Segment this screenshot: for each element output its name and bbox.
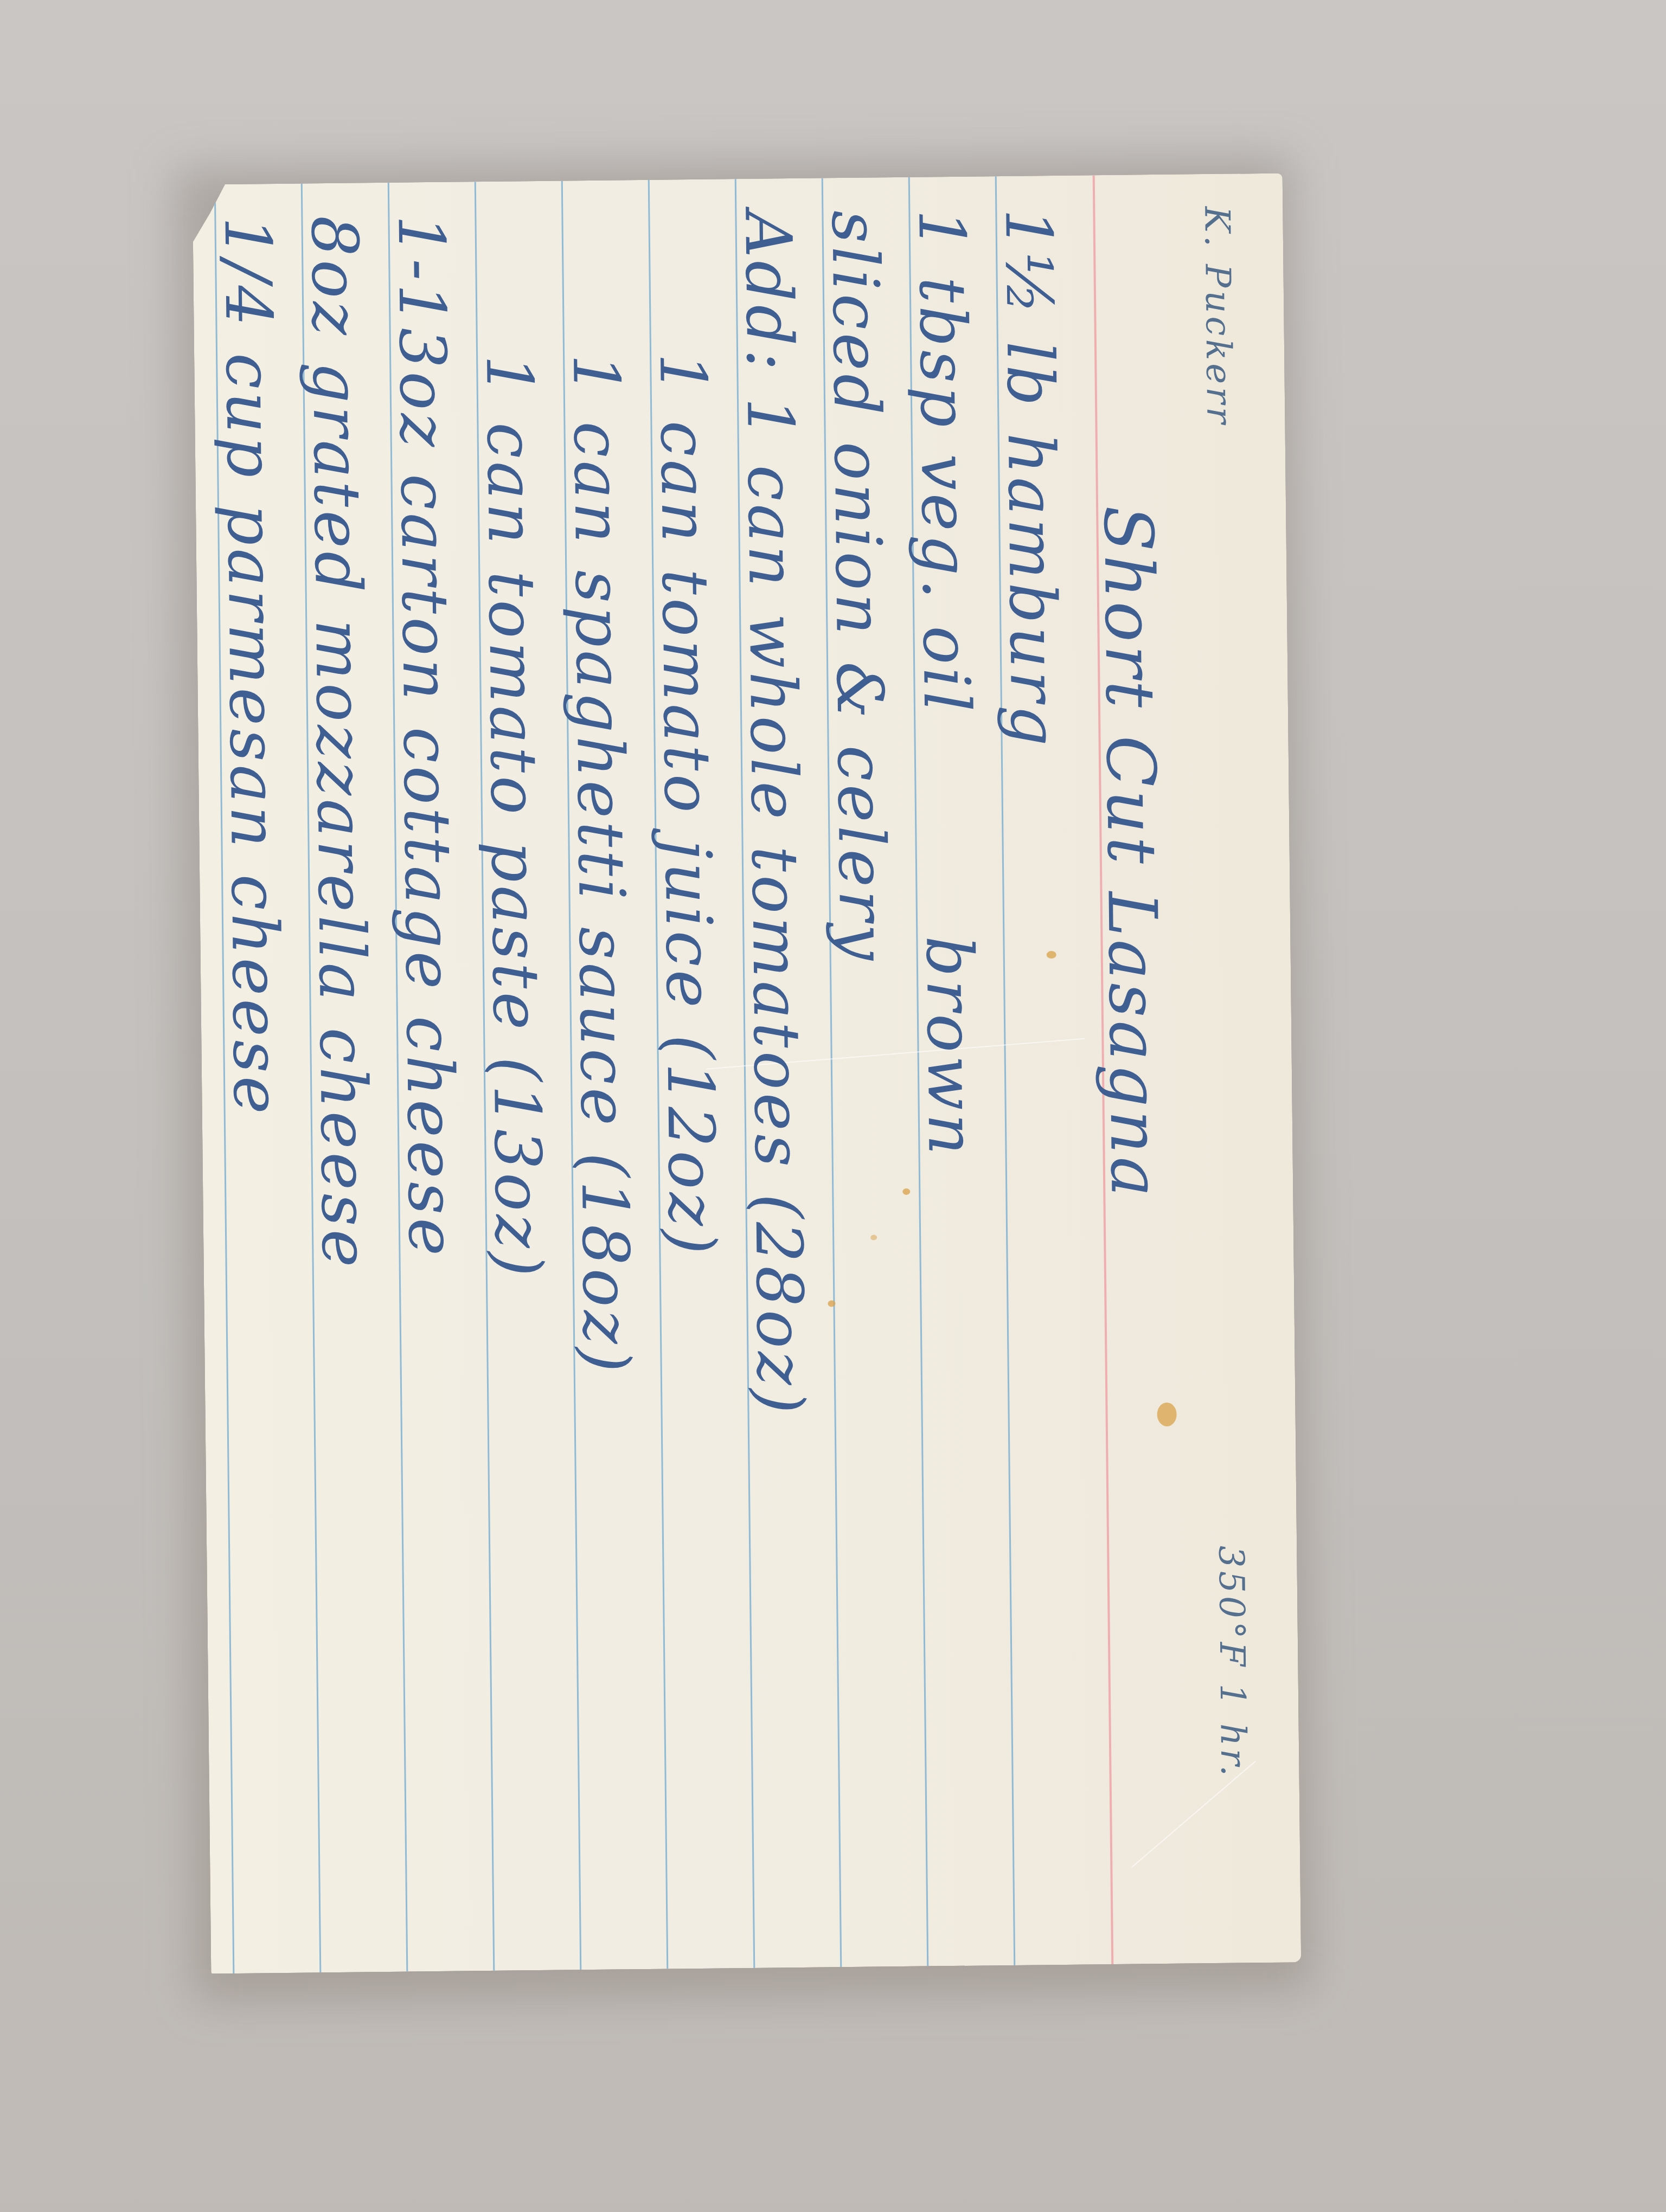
recipe-card: K. Puckerr Short Cut Lasagna 350°F 1 hr.… — [193, 173, 1301, 1974]
recipe-line: 1 can tomato juice (12oz) — [651, 353, 724, 1258]
recipe-line: 1-13oz carton cottage cheese — [389, 215, 464, 1259]
attribution: K. Puckerr — [1199, 207, 1236, 427]
recipe-line: 1 can tomato paste (13oz) — [477, 355, 551, 1280]
recipe-line: 1 can spaghetti sauce (18oz) — [564, 353, 639, 1375]
bake-note: 350°F 1 hr. — [1213, 1545, 1251, 1779]
recipe-line: 1½ lb hamburg — [996, 208, 1066, 750]
recipe-line: 1/4 cup parmesan cheese — [215, 216, 289, 1117]
recipe-line: Add: 1 can whole tomatoes (28oz) — [736, 211, 812, 1417]
recipe-line: sliced onion & celery — [823, 210, 895, 964]
handwriting-layer: K. Puckerr Short Cut Lasagna 350°F 1 hr.… — [193, 173, 1301, 1974]
recipe-title: Short Cut Lasagna — [1094, 505, 1168, 1200]
recipe-line: 1 tbsp veg. oil — [909, 209, 979, 716]
brace-note: brown — [917, 935, 983, 1158]
recipe-line: 8oz grated mozzarella cheese — [302, 215, 377, 1271]
